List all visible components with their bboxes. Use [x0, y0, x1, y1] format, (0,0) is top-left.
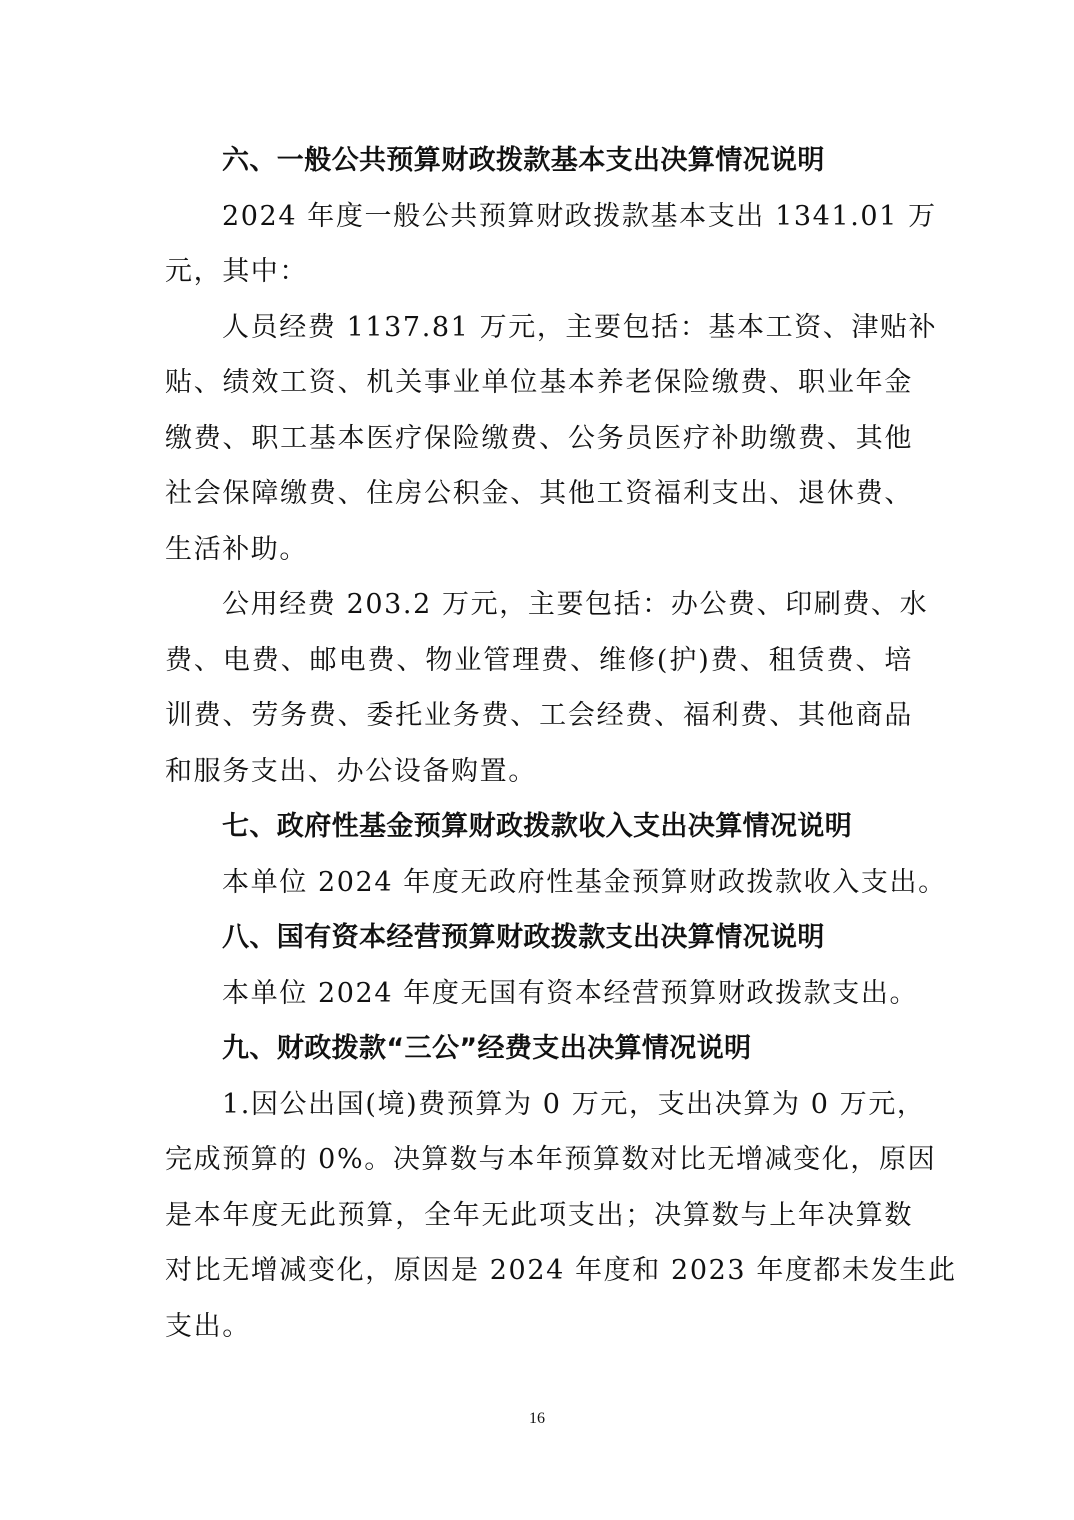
paragraph-line: 费、电费、邮电费、物业管理费、维修(护)费、租赁费、培: [165, 633, 913, 689]
paragraph-line: 是本年度无此预算，全年无此项支出；决算数与上年决算数: [165, 1188, 913, 1244]
section-heading-8: 八、国有资本经营预算财政拨款支出决算情况说明: [165, 910, 913, 966]
paragraph-line: 支出。: [165, 1299, 913, 1355]
paragraph-line: 贴、绩效工资、机关事业单位基本养老保险缴费、职业年金: [165, 355, 913, 411]
section-heading-7: 七、政府性基金预算财政拨款收入支出决算情况说明: [165, 799, 913, 855]
section-heading-6: 六、一般公共预算财政拨款基本支出决算情况说明: [165, 133, 913, 189]
page-number: 16: [0, 1410, 1074, 1428]
paragraph-line: 社会保障缴费、住房公积金、其他工资福利支出、退休费、: [165, 466, 913, 522]
paragraph-line: 2024 年度一般公共预算财政拨款基本支出 1341.01 万: [165, 189, 913, 245]
paragraph-line: 训费、劳务费、委托业务费、工会经费、福利费、其他商品: [165, 688, 913, 744]
paragraph-line: 完成预算的 0%。决算数与本年预算数对比无增减变化，原因: [165, 1132, 913, 1188]
paragraph-line: 人员经费 1137.81 万元，主要包括：基本工资、津贴补: [165, 300, 913, 356]
section-heading-9: 九、财政拨款“三公”经费支出决算情况说明: [165, 1021, 913, 1077]
document-page: 六、一般公共预算财政拨款基本支出决算情况说明 2024 年度一般公共预算财政拨款…: [0, 0, 1074, 1520]
paragraph-line: 生活补助。: [165, 522, 913, 578]
paragraph-line: 和服务支出、办公设备购置。: [165, 744, 913, 800]
paragraph-line: 元，其中：: [165, 244, 913, 300]
paragraph-line: 本单位 2024 年度无国有资本经营预算财政拨款支出。: [165, 966, 913, 1022]
text-column: 六、一般公共预算财政拨款基本支出决算情况说明 2024 年度一般公共预算财政拨款…: [165, 133, 913, 1354]
paragraph-line: 公用经费 203.2 万元，主要包括：办公费、印刷费、水: [165, 577, 913, 633]
paragraph-line: 本单位 2024 年度无政府性基金预算财政拨款收入支出。: [165, 855, 913, 911]
paragraph-line: 对比无增减变化，原因是 2024 年度和 2023 年度都未发生此: [165, 1243, 913, 1299]
paragraph-line: 1.因公出国(境)费预算为 0 万元，支出决算为 0 万元，: [165, 1077, 913, 1133]
paragraph-line: 缴费、职工基本医疗保险缴费、公务员医疗补助缴费、其他: [165, 411, 913, 467]
